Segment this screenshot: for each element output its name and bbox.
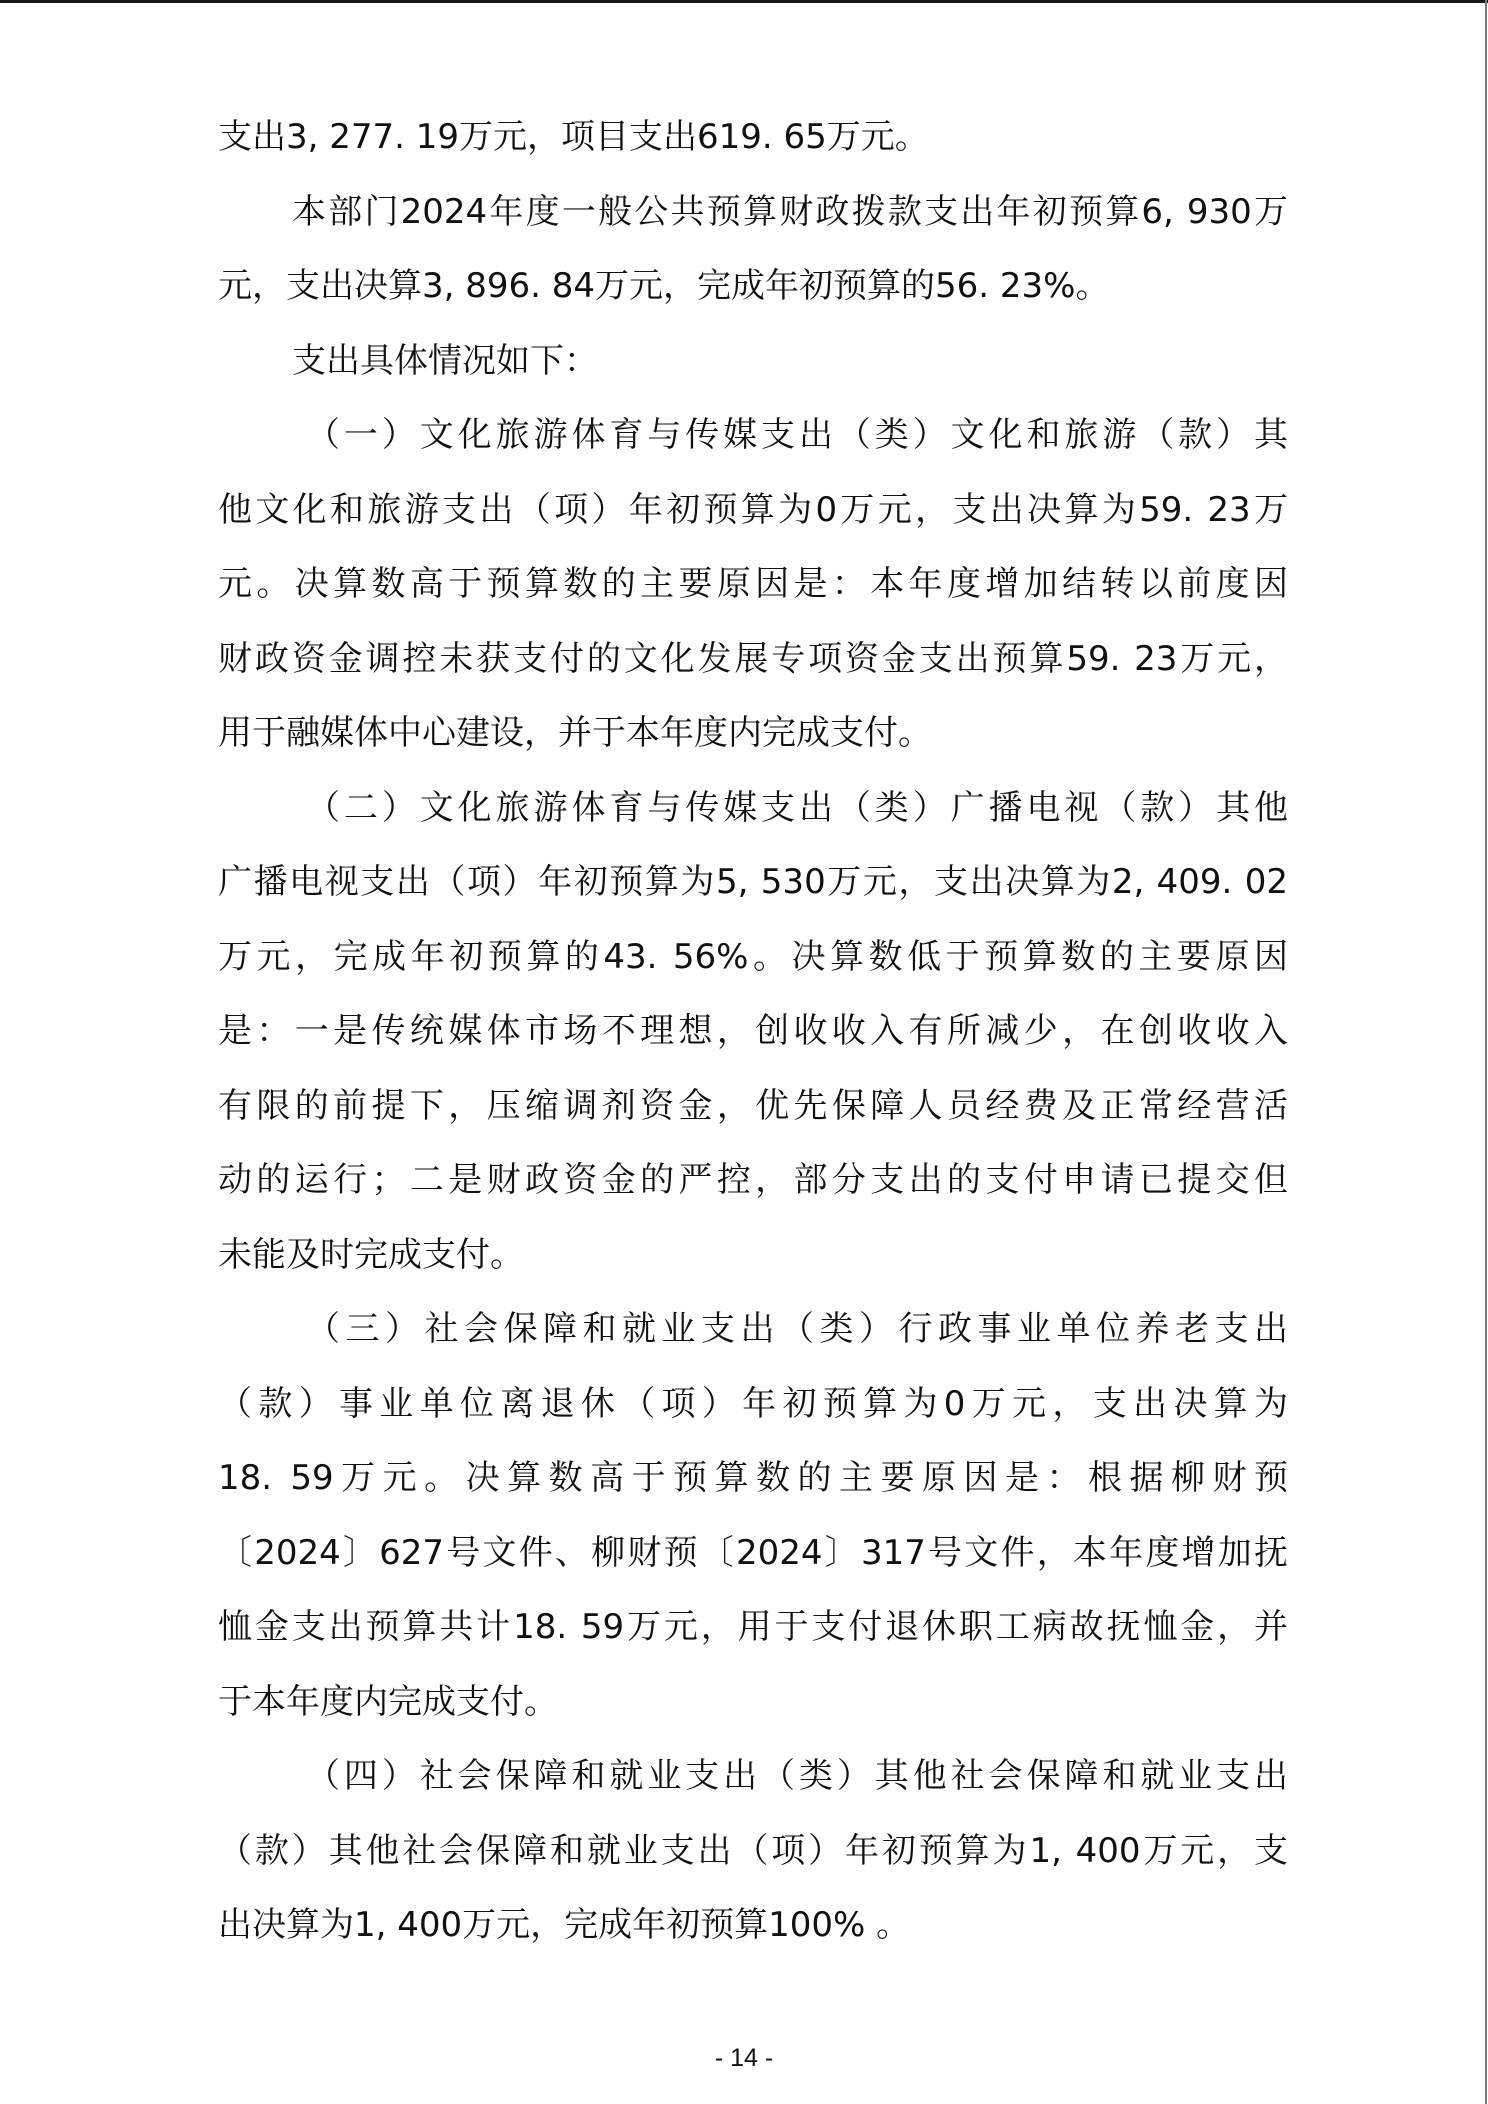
page-right-border <box>1485 0 1487 2104</box>
text-line: （四）社会保障和就业支出（类）其他社会保障和就业支出 <box>218 1739 1288 1814</box>
paragraph-details-intro: 支出具体情况如下： <box>218 324 1288 399</box>
paragraph-item-2: （二）文化旅游体育与传媒支出（类）广播电视（款）其他 广播电视支出（项）年初预算… <box>218 771 1288 1293</box>
text-line: 于本年度内完成支付。 <box>218 1665 1288 1740</box>
text-line: 他文化和旅游支出（项）年初预算为0万元，支出决算为59. 23万 <box>218 473 1288 548</box>
text-line: （一）文化旅游体育与传媒支出（类）文化和旅游（款）其 <box>218 398 1288 473</box>
text-line: 元，支出决算3, 896. 84万元，完成年初预算的56. 23%。 <box>218 249 1288 324</box>
text-line: 用于融媒体中心建设，并于本年度内完成支付。 <box>218 696 1288 771</box>
text-line: 支出3, 277. 19万元，项目支出619. 65万元。 <box>218 100 1288 175</box>
paragraph-item-3: （三）社会保障和就业支出（类）行政事业单位养老支出 （款）事业单位离退休（项）年… <box>218 1292 1288 1739</box>
text-line: （二）文化旅游体育与传媒支出（类）广播电视（款）其他 <box>218 771 1288 846</box>
text-line: 万元，完成年初预算的43. 56%。决算数低于预算数的主要原因 <box>218 920 1288 995</box>
text-line: 支出具体情况如下： <box>218 324 1288 399</box>
text-line: 18. 59万元。决算数高于预算数的主要原因是：根据柳财预 <box>218 1441 1288 1516</box>
document-body: 支出3, 277. 19万元，项目支出619. 65万元。 本部门2024年度一… <box>218 100 1288 1963</box>
text-line: 出决算为1, 400万元，完成年初预算100% 。 <box>218 1888 1288 1963</box>
page-number: - 14 - <box>0 2044 1488 2073</box>
text-line: 本部门2024年度一般公共预算财政拨款支出年初预算6, 930万 <box>218 175 1288 250</box>
text-line: 未能及时完成支付。 <box>218 1218 1288 1293</box>
paragraph-continuation: 支出3, 277. 19万元，项目支出619. 65万元。 <box>218 100 1288 175</box>
text-line: 有限的前提下，压缩调剂资金，优先保障人员经费及正常经营活 <box>218 1069 1288 1144</box>
text-line: （三）社会保障和就业支出（类）行政事业单位养老支出 <box>218 1292 1288 1367</box>
text-line: （款）其他社会保障和就业支出（项）年初预算为1, 400万元，支 <box>218 1814 1288 1889</box>
text-line: 是：一是传统媒体市场不理想，创收收入有所减少，在创收收入 <box>218 994 1288 1069</box>
text-line: 动的运行；二是财政资金的严控，部分支出的支付申请已提交但 <box>218 1143 1288 1218</box>
text-line: 财政资金调控未获支付的文化发展专项资金支出预算59. 23万元， <box>218 622 1288 697</box>
paragraph-general-budget-summary: 本部门2024年度一般公共预算财政拨款支出年初预算6, 930万 元，支出决算3… <box>218 175 1288 324</box>
paragraph-item-4: （四）社会保障和就业支出（类）其他社会保障和就业支出 （款）其他社会保障和就业支… <box>218 1739 1288 1963</box>
text-line: （款）事业单位离退休（项）年初预算为0万元，支出决算为 <box>218 1367 1288 1442</box>
text-line: 广播电视支出（项）年初预算为5, 530万元，支出决算为2, 409. 02 <box>218 845 1288 920</box>
text-line: 元。决算数高于预算数的主要原因是：本年度增加结转以前度因 <box>218 547 1288 622</box>
paragraph-item-1: （一）文化旅游体育与传媒支出（类）文化和旅游（款）其 他文化和旅游支出（项）年初… <box>218 398 1288 771</box>
page-top-border <box>0 0 1488 3</box>
text-line: 〔2024〕627号文件、柳财预〔2024〕317号文件，本年度增加抚 <box>218 1516 1288 1591</box>
text-line: 恤金支出预算共计18. 59万元，用于支付退休职工病故抚恤金，并 <box>218 1590 1288 1665</box>
